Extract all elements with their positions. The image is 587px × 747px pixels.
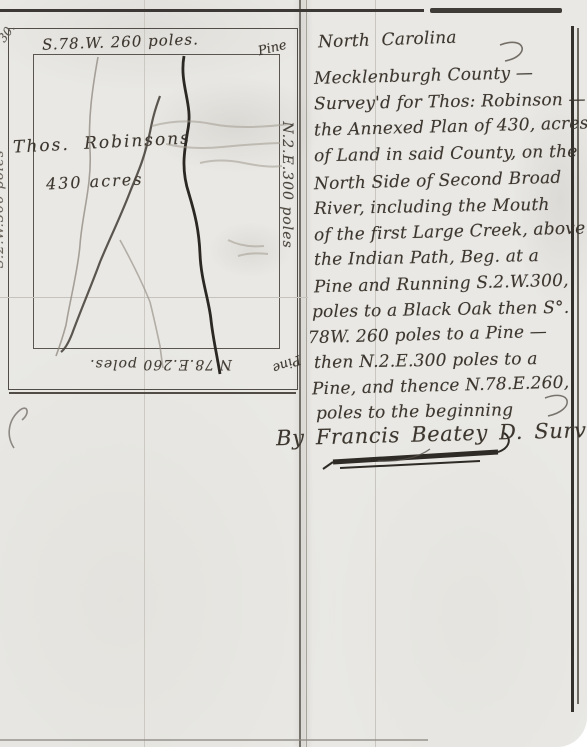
deed-line: River, including the Mouth [314,195,550,219]
deed-line: poles to a Black Oak then S°. [312,298,570,322]
deed-line: of the first Large Creek, above [314,218,586,245]
deed-line: 78W. 260 poles to a Pine — [308,322,547,348]
plat-outer-border-double [9,392,296,394]
plat-inner-border [33,54,280,349]
paper-edge-bottom [0,739,428,741]
deed-line: the Indian Path, Beg. at a [314,246,539,270]
page-gutter-line [299,0,301,747]
plat-bearing-west-side: S.2.W.300 poles [0,114,10,304]
deed-line: Pine and Running S.2.W.300, [314,271,569,298]
deed-line: of Land in said County, on the [314,142,578,167]
deed-line: then N.2.E.300 poles to a [314,349,538,373]
horizontal-crease [0,297,308,298]
plat-bearing-south-side: N.78.E.260 poles. [68,356,253,372]
margin-scribble [9,408,27,448]
deed-line: North Carolina [318,28,457,53]
scanned-document: S.78.W. 260 poles. Pine N.2.E.300 poles … [0,0,587,747]
paper-background: S.78.W. 260 poles. Pine N.2.E.300 poles … [0,0,587,747]
page-gutter-line-light [306,0,307,747]
deed-line: North Side of Second Broad [314,168,562,194]
deed-line: Mecklenburgh County — [314,63,534,89]
deed-line: Pine, and thence N.78.E.260, [312,373,570,400]
plat-bearing-east-side: N.2.E.300 poles [275,90,295,280]
deed-line: Survey'd for Thos: Robinson — [314,90,586,115]
deed-line: the Annexed Plan of 430, acres [314,113,587,140]
